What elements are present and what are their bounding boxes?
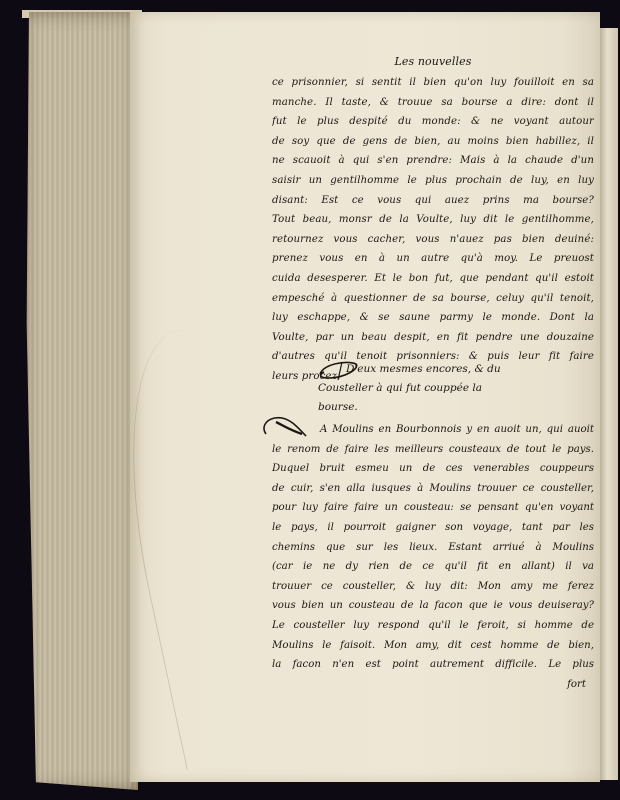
- heading-line: Cousteller à qui fut couppée la: [318, 379, 578, 398]
- text-line: vous bien un cousteau de la facon que ie…: [272, 596, 594, 616]
- text-line: Tout beau, monsr de la Voulte, luy dit l…: [272, 210, 594, 230]
- paragraph-1: Les nouvelles ce prisonnier, si sentit i…: [272, 52, 594, 387]
- text-line: retournez vous cacher, vous n'auez pas b…: [272, 230, 594, 250]
- book-fore-edge: [22, 12, 138, 790]
- text-line: chemins que sur les lieux. Estant arriué…: [272, 538, 594, 558]
- text-line: empesché à questionner de sa bourse, cel…: [272, 289, 594, 309]
- text-line: le renom de faire les meilleurs cousteau…: [272, 440, 594, 460]
- text-line: trouuer ce cousteller, & luy dit: Mon am…: [272, 577, 594, 597]
- running-head: Les nouvelles: [272, 52, 594, 72]
- chapter-heading: D'eux mesmes encores, & du Cousteller à …: [318, 360, 578, 417]
- text-line: Duquel bruit esmeu un de ces venerables …: [272, 459, 594, 479]
- text-line: Le cousteller luy respond qu'il le feroi…: [272, 616, 594, 636]
- text-line: (car ie ne dy rien de ce qu'il fit en al…: [272, 557, 594, 577]
- text-line: manche. Il taste, & trouue sa bourse a d…: [272, 93, 594, 113]
- heading-line: D'eux mesmes encores, & du: [318, 360, 578, 379]
- heading-line: bourse.: [318, 398, 578, 417]
- text-line: la facon n'en est point autrement diffic…: [272, 655, 594, 675]
- book-scan: Les nouvelles ce prisonnier, si sentit i…: [0, 0, 620, 800]
- text-line: fut le plus despité du monde: & ne voyan…: [272, 112, 594, 132]
- paragraph-2: A Moulins en Bourbonnois y en auoit un, …: [272, 420, 594, 694]
- text-line: disant: Est ce vous qui auez prins ma bo…: [272, 191, 594, 211]
- facing-page-edge: [600, 28, 618, 780]
- text-line: pour luy faire faire un cousteau: se pen…: [272, 498, 594, 518]
- text-line: Moulins le faisoit. Mon amy, dit cest ho…: [272, 636, 594, 656]
- text-line: le pays, il pourroit gaigner son voyage,…: [272, 518, 594, 538]
- text-line: ce prisonnier, si sentit il bien qu'on l…: [272, 73, 594, 93]
- text-line: saisir un gentilhomme le plus prochain d…: [272, 171, 594, 191]
- catchword: fort: [272, 675, 594, 695]
- text-line: de cuir, s'en alla iusques à Moulins tro…: [272, 479, 594, 499]
- text-line: Voulte, par un beau despit, en fit pendr…: [272, 328, 594, 348]
- text-line: prenez vous en à un autre qu'à moy. Le p…: [272, 249, 594, 269]
- text-line: cuida desesperer. Et le bon fut, que pen…: [272, 269, 594, 289]
- text-line: ne scauoit à qui s'en prendre: Mais à la…: [272, 151, 594, 171]
- text-line: de soy que de gens de bien, au moins bie…: [272, 132, 594, 152]
- text-line: luy eschappe, & se saune parmy le monde.…: [272, 308, 594, 328]
- text-line: A Moulins en Bourbonnois y en auoit un, …: [272, 420, 594, 440]
